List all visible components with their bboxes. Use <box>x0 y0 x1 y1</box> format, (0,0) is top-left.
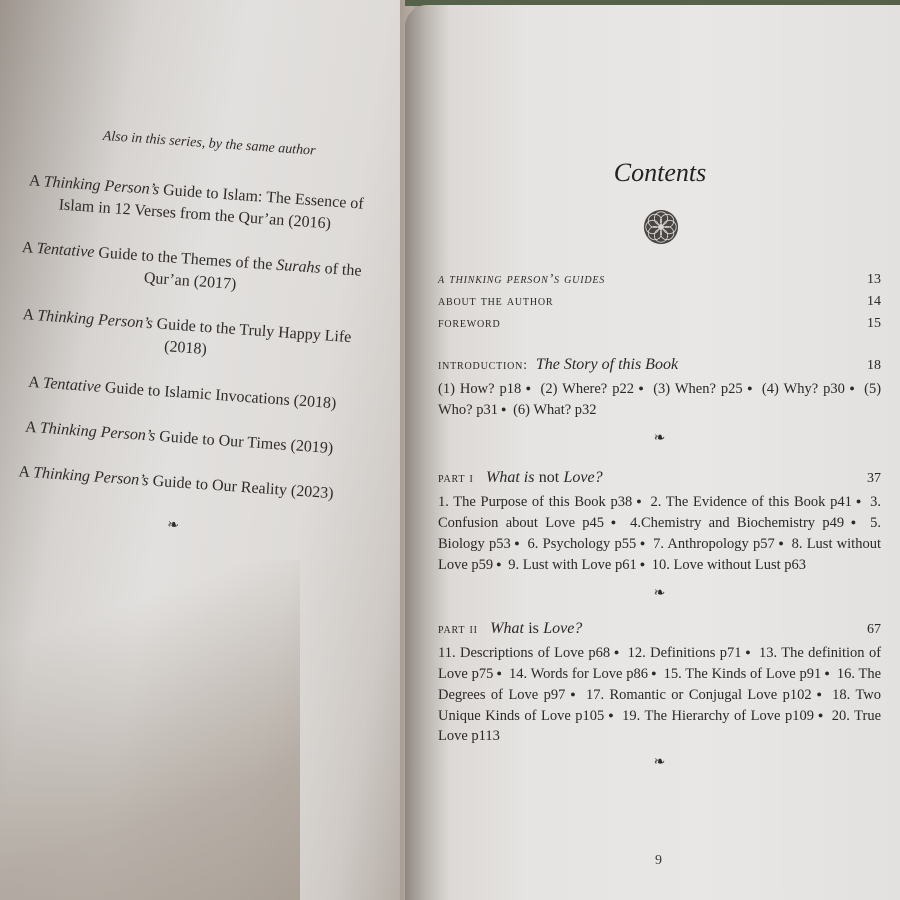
toc-subitem[interactable]: 2. The Evidence of this Book p41 <box>650 494 851 510</box>
toc-entry-page: 13 <box>867 272 881 288</box>
toc-entry-page: 14 <box>867 294 881 310</box>
toc-subitem[interactable]: 19. The Hierarchy of Love p109 <box>622 708 814 724</box>
fleuron-icon: ❧ <box>438 585 881 602</box>
series-book: A Tentative Guide to the Themes of the S… <box>17 237 364 305</box>
toc-subitem[interactable]: (6) What? p32 <box>513 402 596 418</box>
part-1-label: Part I <box>438 471 474 486</box>
toc-part-2[interactable]: Part II What is Love? 67 <box>438 620 881 638</box>
toc-entry[interactable]: A Thinking Person’s Guides 13 <box>438 272 881 288</box>
part-2-items: 11. Descriptions of Love p68● 12. Defini… <box>438 642 881 746</box>
introduction-title: The Story of this Book <box>536 356 678 373</box>
toc-entry-label: Foreword <box>438 316 501 332</box>
bullet-icon: ● <box>607 710 614 720</box>
bullet-icon: ● <box>613 647 620 657</box>
bullet-icon: ● <box>848 383 856 393</box>
introduction-items: (1) How? p18● (2) Where? p22● (3) When? … <box>438 378 881 420</box>
hand-shadow <box>0 560 300 900</box>
toc-subitem[interactable]: 7. Anthropology p57 <box>653 536 775 552</box>
bullet-icon: ● <box>637 383 645 393</box>
table-of-contents: A Thinking Person’s Guides 13 About the … <box>438 272 881 771</box>
toc-subitem[interactable]: (4) Why? p30 <box>762 381 845 397</box>
introduction-page: 18 <box>867 358 881 374</box>
bullet-icon: ● <box>778 538 785 548</box>
series-book: A Tentative Guide to Islamic Invocations… <box>9 371 355 417</box>
bullet-icon: ● <box>639 538 646 548</box>
bullet-icon: ● <box>635 496 643 506</box>
toc-entry[interactable]: Foreword 15 <box>438 316 881 332</box>
bullet-icon: ● <box>817 710 824 720</box>
toc-subitem[interactable]: 6. Psychology p55 <box>528 536 637 552</box>
toc-subitem[interactable]: 11. Descriptions of Love p68 <box>438 645 610 661</box>
page-number: 9 <box>655 853 662 869</box>
part-1-page: 37 <box>867 471 881 487</box>
bullet-icon: ● <box>651 668 657 678</box>
toc-subitem[interactable]: (2) Where? p22 <box>541 381 634 397</box>
toc-subitem[interactable]: 12. Definitions p71 <box>628 645 742 661</box>
bullet-icon: ● <box>568 689 577 699</box>
bullet-icon: ● <box>824 668 830 678</box>
toc-subitem[interactable]: 15. The Kinds of Love p91 <box>664 666 822 682</box>
toc-subitem[interactable]: (1) How? p18 <box>438 381 521 397</box>
bullet-icon: ● <box>746 383 754 393</box>
bullet-icon: ● <box>607 517 620 527</box>
toc-introduction[interactable]: Introduction:The Story of this Book 18 <box>438 356 881 374</box>
bullet-icon: ● <box>855 496 863 506</box>
toc-subitem[interactable]: 4.Chemistry and Biochemistry p49 <box>630 515 844 531</box>
toc-subitem[interactable]: 1. The Purpose of this Book p38 <box>438 494 632 510</box>
part-2-label: Part II <box>438 622 478 637</box>
toc-subitem[interactable]: 9. Lust with Love p61 <box>508 557 636 573</box>
bullet-icon: ● <box>745 647 752 657</box>
bullet-icon: ● <box>496 668 502 678</box>
toc-entry[interactable]: About the Author 14 <box>438 294 881 310</box>
rosette-ornament-icon <box>642 208 680 246</box>
toc-part-1[interactable]: Part I What is not Love? 37 <box>438 469 881 487</box>
bullet-icon: ● <box>496 559 501 569</box>
part-2-page: 67 <box>867 622 881 638</box>
bullet-icon: ● <box>815 689 824 699</box>
toc-subitem[interactable]: 17. Romantic or Conjugal Love p102 <box>586 687 812 703</box>
toc-subitem[interactable]: 14. Words for Love p86 <box>509 666 648 682</box>
bullet-icon: ● <box>640 559 645 569</box>
contents-title: Contents <box>600 158 720 188</box>
series-book: A Thinking Person’s Guide to the Truly H… <box>13 304 360 372</box>
part-1-items: 1. The Purpose of this Book p38● 2. The … <box>438 491 881 575</box>
bullet-icon: ● <box>514 538 521 548</box>
toc-entry-label: A Thinking Person’s Guides <box>438 272 605 288</box>
series-book: A Thinking Person’s Guide to Our Reality… <box>3 460 349 506</box>
fleuron-icon: ❧ <box>438 754 881 771</box>
series-book-list: A Thinking Person’s Guide to Islam: The … <box>0 170 369 546</box>
bullet-icon: ● <box>847 517 860 527</box>
toc-subitem[interactable]: (3) When? p25 <box>653 381 742 397</box>
series-book: A Thinking Person’s Guide to Our Times (… <box>6 415 352 461</box>
introduction-label: Introduction: <box>438 358 528 373</box>
fleuron-icon: ❧ <box>438 430 881 447</box>
bullet-icon: ● <box>501 404 506 414</box>
toc-entry-label: About the Author <box>438 294 553 310</box>
toc-entry-page: 15 <box>867 316 881 332</box>
bullet-icon: ● <box>524 383 532 393</box>
toc-subitem[interactable]: 10. Love without Lust p63 <box>652 557 806 573</box>
